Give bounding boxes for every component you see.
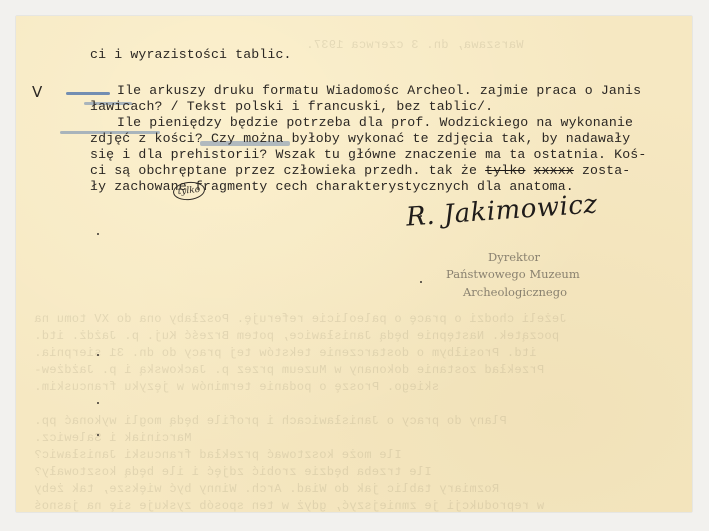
- bleed-through-line: skiego. Proszę o podanie terminów w języ…: [34, 380, 439, 394]
- blue-pencil-mark: [66, 92, 110, 95]
- text-line: ławicach? / Tekst polski i francuski, be…: [90, 99, 493, 114]
- stamp-institution-2: Archeologicznego: [463, 285, 567, 299]
- text-line: się i dla prehistorii? Wszak tu główne z…: [90, 147, 646, 162]
- bleed-through-line: Przekład zostanie dokonany w Muzeum prze…: [34, 363, 544, 377]
- bleed-through-line: Plany do pracy o Janisławicach i profile…: [34, 414, 507, 428]
- text-segment: ci są obchręptane przez człowieka przedh…: [90, 163, 477, 178]
- bleed-through-line: Rozmiary tablic jak do Wiad. Arch. Winny…: [34, 482, 499, 496]
- bleed-through-line: w reprodukcji je zmniejszyć, gdyż w ten …: [34, 499, 544, 513]
- typed-dot: [97, 402, 99, 404]
- typed-dot: [420, 215, 422, 217]
- bleed-through-line: Marciniak i Salewicz.: [34, 431, 192, 445]
- check-mark-icon: V: [32, 83, 42, 101]
- typed-dot: [420, 281, 422, 283]
- text-line: ci są obchręptane przez człowieka przedh…: [90, 163, 630, 178]
- bleed-through-header: Warszawa, dn. 3 czerwca 1937.: [306, 38, 524, 52]
- text-line: Ile pieniędzy będzie potrzeba dla prof. …: [117, 115, 633, 130]
- stamp-institution: Państwowego Muzeum: [446, 267, 580, 281]
- text-line: zdjęć z kości? Czy można byłoby wykonać …: [90, 131, 630, 146]
- struck-word: xxxxx: [534, 163, 574, 178]
- text-segment: zosta-: [582, 163, 630, 178]
- text-line: Ile arkuszy druku formatu Wiadomośc Arch…: [117, 83, 641, 98]
- bleed-through-line: Jeżeli chodzi o pracę o paleolicie refer…: [34, 312, 567, 326]
- text-line: ły zachowane fragmenty cech charakteryst…: [90, 179, 574, 194]
- typed-dot: [97, 354, 99, 356]
- stamp-title: Dyrektor: [488, 250, 540, 264]
- struck-word: tylko: [485, 163, 525, 178]
- bleed-through-line: początek. Następnie będą Janisławice, po…: [34, 329, 559, 343]
- bleed-through-line: Ile trzeba będzie zrobić zdjęć i ile będ…: [34, 465, 432, 479]
- bleed-through-line: itd. Prosiłbym o dostarczenie tekstów te…: [34, 346, 537, 360]
- typed-dot: [97, 233, 99, 235]
- typed-dot: [97, 434, 99, 436]
- text-line: ci i wyrazistości tablic.: [90, 47, 292, 62]
- bleed-through-line: Ile może kosztować przekład francuski Ja…: [34, 448, 402, 462]
